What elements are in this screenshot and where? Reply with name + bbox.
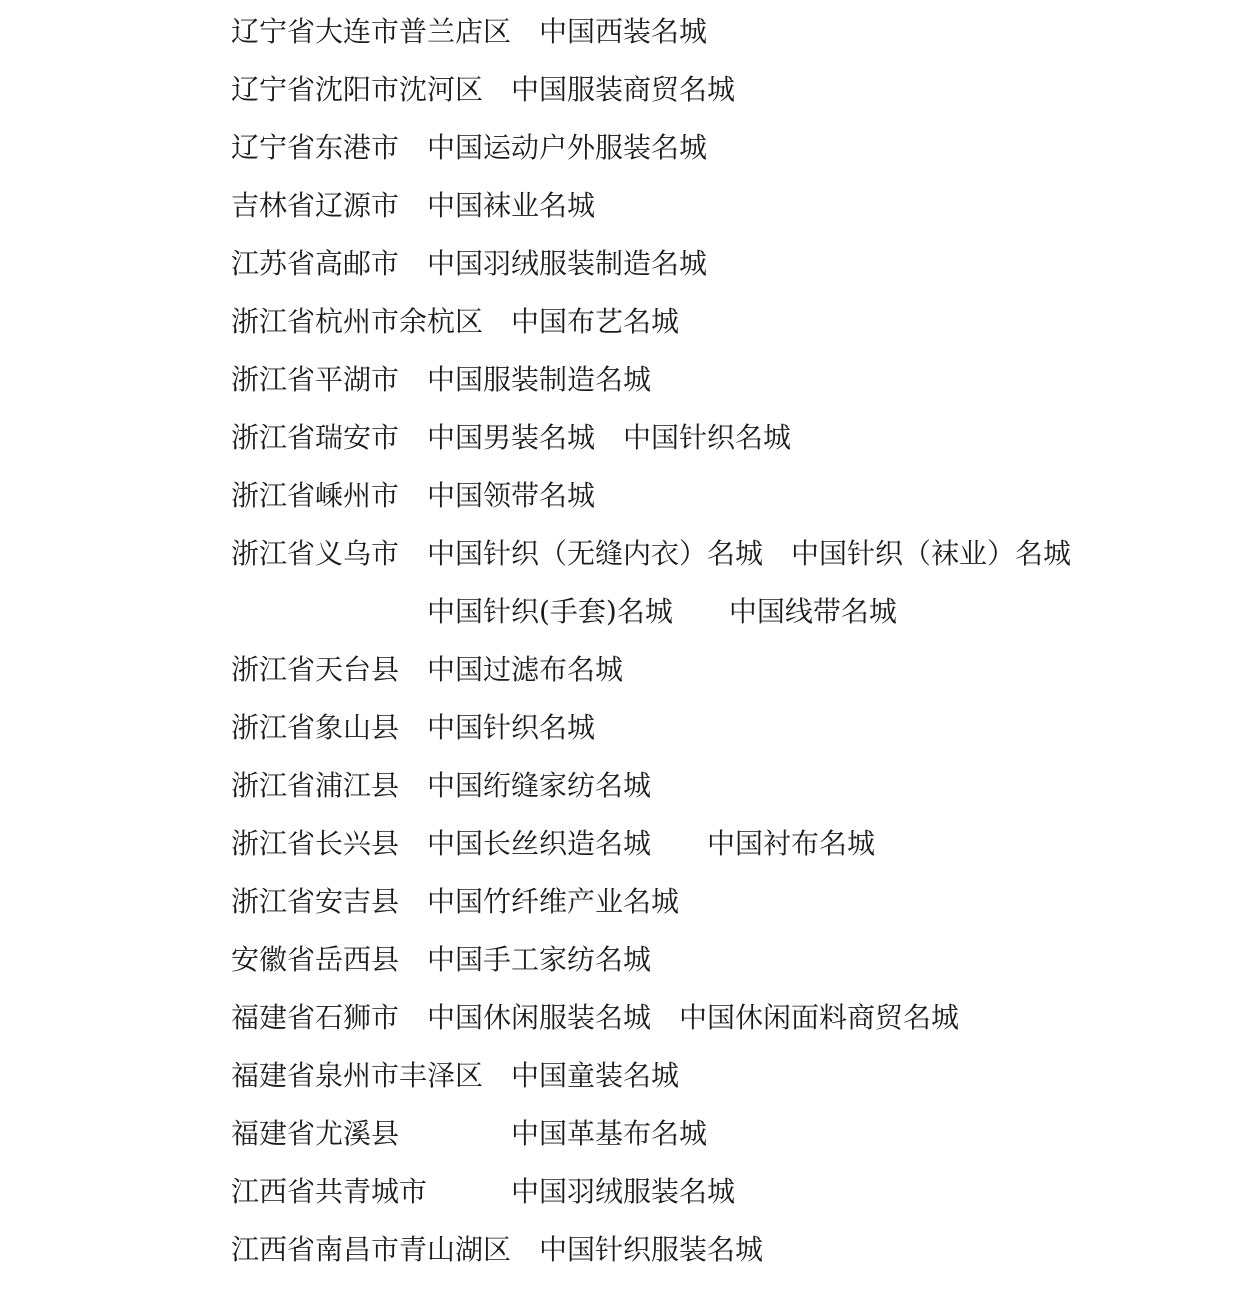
- document-line: 浙江省嵊州市 中国领带名城: [231, 467, 1220, 525]
- document-line: 辽宁省大连市普兰店区 中国西装名城: [231, 3, 1220, 61]
- document-line: 浙江省天台县 中国过滤布名城: [231, 641, 1220, 699]
- document-line: 浙江省安吉县 中国竹纤维产业名城: [231, 873, 1220, 931]
- document-line: 福建省尤溪县 中国革基布名城: [231, 1105, 1220, 1163]
- document-line: 江苏省高邮市 中国羽绒服装制造名城: [231, 235, 1220, 293]
- document-line: 江西省南昌市青山湖区 中国针织服装名城: [231, 1221, 1220, 1279]
- document-line: 福建省石狮市 中国休闲服装名城 中国休闲面料商贸名城: [231, 989, 1220, 1047]
- document-line: 吉林省辽源市 中国袜业名城: [231, 177, 1220, 235]
- document-line: 福建省泉州市丰泽区 中国童装名城: [231, 1047, 1220, 1105]
- document-page: 辽宁省大连市普兰店区 中国西装名城 辽宁省沈阳市沈河区 中国服装商贸名城 辽宁省…: [0, 0, 1240, 1294]
- document-line: 浙江省浦江县 中国绗缝家纺名城: [231, 757, 1220, 815]
- document-line: 浙江省平湖市 中国服装制造名城: [231, 351, 1220, 409]
- document-line: 辽宁省东港市 中国运动户外服装名城: [231, 119, 1220, 177]
- document-line: 浙江省杭州市余杭区 中国布艺名城: [231, 293, 1220, 351]
- document-line: 浙江省义乌市 中国针织（无缝内衣）名城 中国针织（袜业）名城: [231, 525, 1220, 583]
- document-line: 辽宁省沈阳市沈河区 中国服装商贸名城: [231, 61, 1220, 119]
- document-line: 中国针织(手套)名城 中国线带名城: [231, 583, 1220, 641]
- document-line: 浙江省长兴县 中国长丝织造名城 中国衬布名城: [231, 815, 1220, 873]
- document-line: 浙江省瑞安市 中国男装名城 中国针织名城: [231, 409, 1220, 467]
- document-line: 安徽省岳西县 中国手工家纺名城: [231, 931, 1220, 989]
- document-line: 江西省共青城市 中国羽绒服装名城: [231, 1163, 1220, 1221]
- document-line: 浙江省象山县 中国针织名城: [231, 699, 1220, 757]
